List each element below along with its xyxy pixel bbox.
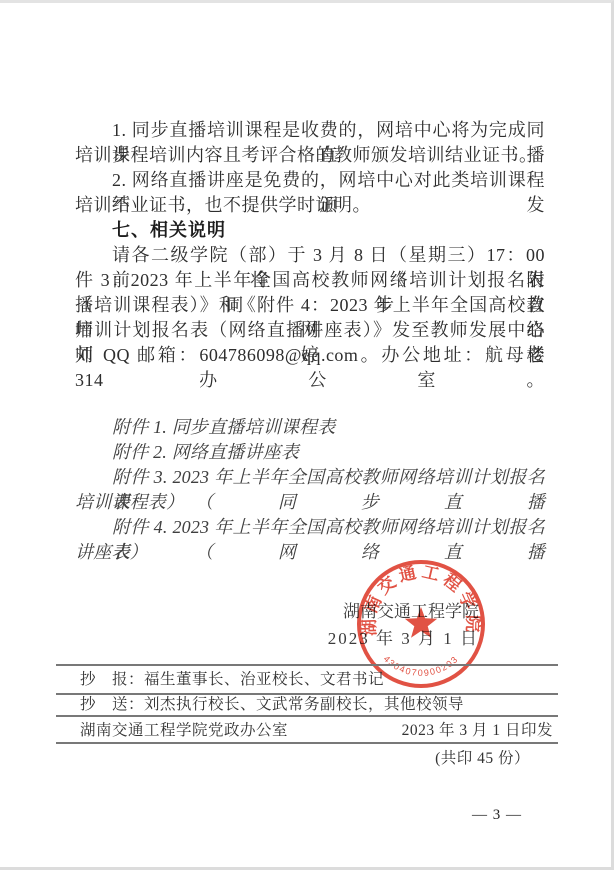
document-body: 1. 同步直播培训课程是收费的，网培中心将为完成同步直播 培训课程培训内容且考评…	[75, 3, 545, 652]
attachment-item: 附件 3. 2023 年上半年全国高校教师网络培训计划报名表（同步直播	[75, 465, 545, 490]
issuer-line: 湖南交通工程学院党政办公室 2023 年 3 月 1 日印发	[56, 715, 558, 744]
issuer-office: 湖南交通工程学院党政办公室	[80, 717, 288, 742]
signature-date: 2023 年 3 月 1 日	[75, 625, 479, 652]
document-footer: 抄 报：福生董事长、治亚校长、文君书记 抄 送：刘杰执行校长、文武常务副校长，其…	[56, 664, 558, 771]
issue-date: 2023 年 3 月 1 日印发	[402, 717, 553, 742]
body-line: 请各二级学院（部）于 3 月 8 日（星期三）17：00 前将《附	[75, 243, 545, 268]
section-heading: 七、相关说明	[75, 218, 545, 243]
attachment-list: 附件 1. 同步直播培训课程表 附件 2. 网络直播讲座表 附件 3. 2023…	[75, 415, 545, 565]
document-page: 1. 同步直播培训课程是收费的，网培中心将为完成同步直播 培训课程培训内容且考评…	[0, 0, 614, 870]
attachment-item: 附件 2. 网络直播讲座表	[75, 440, 545, 465]
copy-send-line: 抄 送：刘杰执行校长、文武常务副校长，其他校领导	[56, 693, 558, 715]
signature-org: 湖南交通工程学院	[75, 598, 479, 625]
body-line: 2. 网络直播讲座是免费的，网培中心对此类培训课程不颁发	[75, 168, 545, 193]
attachment-item: 附件 4. 2023 年上半年全国高校教师网络培训计划报名表（网络直播	[75, 515, 545, 540]
body-line: 1. 同步直播培训课程是收费的，网培中心将为完成同步直播	[75, 118, 545, 143]
body-line: 师 QQ 邮箱：604786098@qq.com。办公地址：航母楼 314 办公…	[75, 343, 545, 368]
print-count: (共印 45 份）	[56, 747, 558, 771]
body-line: 培训课程培训内容且考评合格的教师颁发培训结业证书。	[75, 143, 545, 168]
body-line: 培训计划报名表（网络直播讲座表）》发至教师发展中心刘婷老	[75, 318, 545, 343]
copy-report-line: 抄 报：福生董事长、治亚校长、文君书记	[56, 664, 558, 693]
signature-block: 湖南交通工程学院 2023 年 3 月 1 日	[75, 598, 545, 652]
body-line: 件 3：2023 年上半年全国高校教师网络培训计划报名表（同步直	[75, 268, 545, 293]
attachment-item: 附件 1. 同步直播培训课程表	[75, 415, 545, 440]
page-number: — 3 —	[440, 807, 554, 824]
body-line: 播培训课程表）》和《附件 4：2023 年上半年全国高校教师网络	[75, 293, 545, 318]
